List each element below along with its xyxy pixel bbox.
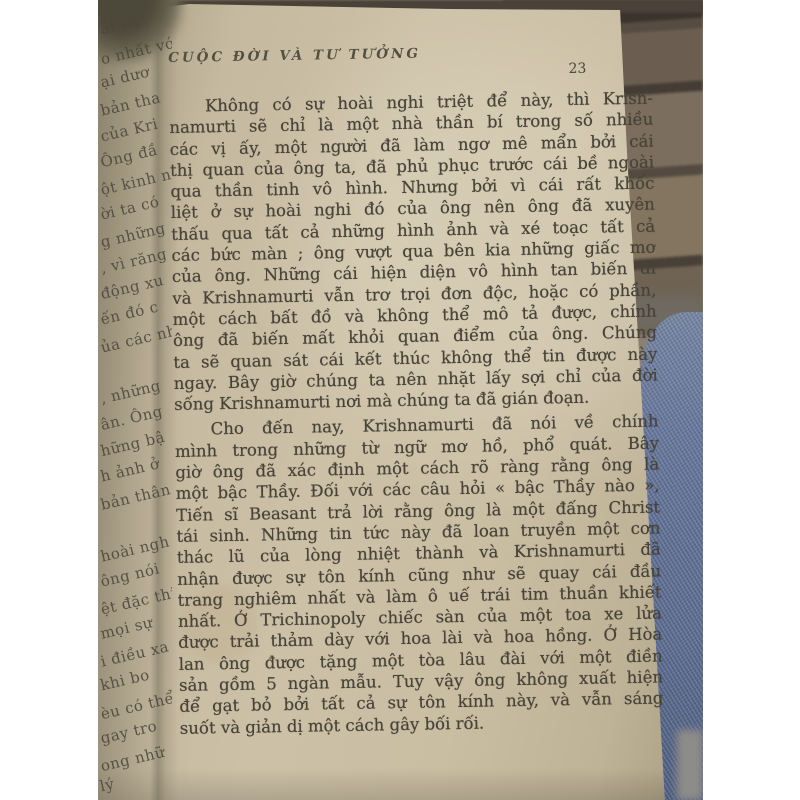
book-photo: ắt cảo nhất vớại dươbản thacủa KriÔng đầ… xyxy=(98,0,703,800)
text-block: Không có sự hoài nghi triệt để này, thì … xyxy=(169,88,664,739)
gutter-text-fragment: o nhất vớ xyxy=(99,34,172,68)
gutter-text-fragment: i điều xa xyxy=(99,637,171,670)
gutter-text-fragment: khi bo xyxy=(99,666,152,695)
gutter-text-fragment: của Kri xyxy=(99,114,160,145)
gutter-text-fragment: h ảnh ở xyxy=(99,455,162,486)
paragraph: Không có sự hoài nghi triệt để này, thì … xyxy=(169,88,659,416)
gutter-text-fragment: bản thân xyxy=(99,480,172,514)
printed-page-content: CUỘC ĐỜI VÀ TƯ TƯỞNG 23 Không có sự hoài… xyxy=(168,42,664,739)
gutter-text-fragment: èu có thể xyxy=(99,689,172,723)
gutter-text-fragment: ệt đặc thi xyxy=(99,584,172,619)
gutter-fragments: ắt cảo nhất vớại dươbản thacủa KriÔng đầ… xyxy=(98,0,172,800)
gutter-text-fragment: ắt cả xyxy=(98,12,141,38)
paragraph: Cho đến nay, Krishnamurti đã nói về chín… xyxy=(174,411,664,739)
gutter-text-fragment: ong nhữ xyxy=(99,742,167,774)
white-backdrop: ắt cảo nhất vớại dươbản thacủa KriÔng đầ… xyxy=(0,0,800,800)
gutter-text-fragment: ột kinh n xyxy=(99,165,172,199)
gutter-text-fragment: hoài ngh xyxy=(99,532,171,565)
gutter-text-fragment: ến đó c xyxy=(99,298,161,329)
gutter-text-fragment: ủa các nh xyxy=(99,322,172,357)
gutter-text-fragment: Ông đầ xyxy=(99,141,160,172)
gutter-text-fragment: lý xyxy=(98,774,116,795)
blurred-grey-object xyxy=(677,730,703,800)
